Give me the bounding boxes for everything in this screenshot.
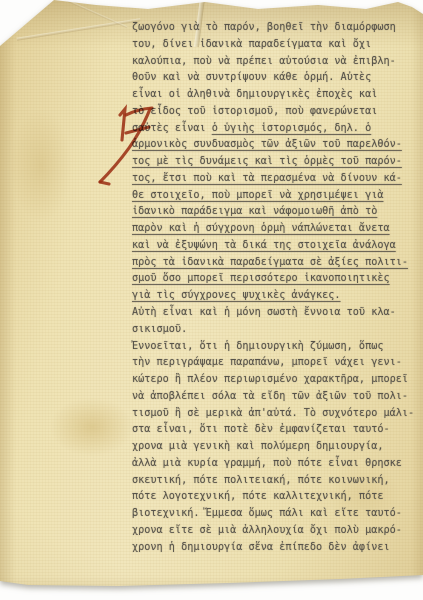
text-line: γιὰ τὶς σύγχρονες ψυχικὲς ἀνάγκες.	[132, 288, 422, 305]
text-line: θοῦν καὶ νὰ συντρίψουν κάθε ὁρμή. Αὐτὲς	[132, 70, 422, 87]
text-line: στα εἶναι, ὅτι ποτὲ δὲν ἐμφανίζεται ταυτ…	[132, 422, 422, 439]
text-line: χρονη ἡ δημιουργία σἕνα ἐπίπεδο δὲν ἀφίν…	[132, 540, 422, 557]
text-line: καὶ νὰ ἐξυψώνη τὰ δικά της στοιχεῖα ἀνάλ…	[132, 238, 422, 255]
text-column: ζωογόνο γιὰ τὸ παρόν, βοηθεῖ τὴν διαμόρφ…	[132, 20, 422, 557]
document-scan: ζωογόνο γιὰ τὸ παρόν, βοηθεῖ τὴν διαμόρφ…	[0, 0, 423, 600]
text-line: πρὸς τὰ ἰδανικὰ παραδείγματα σὲ ἀξίες πο…	[132, 255, 422, 272]
text-line: σκευτική, πότε πολιτειακή, πότε κοινωνικ…	[132, 473, 422, 490]
text-line: βιοτεχνική. Ἔμμεσα ὅμως πάλι καὶ εἴτε τα…	[132, 506, 422, 523]
text-line: Αὐτὴ εἶναι καὶ ἡ μόνη σωστὴ ἔννοια τοῦ κ…	[132, 305, 422, 322]
text-line: κώτερο ἢ πλέον περιωρισμένο χαρακτῆρα, μ…	[132, 372, 422, 389]
paper-shadow: ζωογόνο γιὰ τὸ παρόν, βοηθεῖ τὴν διαμόρφ…	[0, 0, 423, 600]
paper-stain	[50, 398, 134, 456]
text-line: χρονα μιὰ γενικὴ καὶ πολύμερη δημιουργία…	[132, 439, 422, 456]
text-line: χρονα εἴτε σὲ μιὰ ἀλληλουχία ὄχι πολὺ μα…	[132, 523, 422, 540]
text-line: ἁρμονικὸς συνδυασμὸς τῶν ἀξιῶν τοῦ παρελ…	[132, 137, 422, 154]
text-line: θε στοιχεῖο, ποὺ μπορεῖ νὰ χρησιμέψει γι…	[132, 188, 422, 205]
text-line: τισμοῦ ἢ σὲ μερικὰ ἀπ'αὐτά. Τὸ συχνότερο…	[132, 406, 422, 423]
text-line: τὸ εἶδος τοῦ ἱστορισμοῦ, ποὺ φανερώνεται	[132, 104, 422, 121]
text-line: σικισμοῦ.	[132, 322, 422, 339]
text-line: Ἐννοεῖται, ὅτι ἡ δημιουργικὴ ζύμωση, ὅπω…	[132, 339, 422, 356]
text-line: ἀλλὰ μιὰ κυρία γραμμή, ποὺ πότε εἶναι θρ…	[132, 456, 422, 473]
text-line: παρὸν καὶ ἡ σύγχρονη ὁρμὴ νάπλώνεται ἄνε…	[132, 221, 422, 238]
paper-stain	[10, 108, 72, 223]
text-line: τος, ἔτσι ποὺ καὶ τὰ περασμένα νὰ δίνουν…	[132, 171, 422, 188]
text-line: πότε λογοτεχνική, πότε καλλιτεχνική, πότ…	[132, 489, 422, 506]
text-line: σαὐτὲς εἶναι ὁ ὑγιὴς ἱστορισμός, δηλ. ὁ	[132, 121, 422, 138]
text-line: σμοῦ ὅσο μπορεῖ περισσότερο ἱκανοποιητικ…	[132, 271, 422, 288]
paper: ζωογόνο γιὰ τὸ παρόν, βοηθεῖ τὴν διαμόρφ…	[0, 0, 423, 600]
red-pencil-stroke-tail-hook	[100, 182, 109, 184]
text-line: νὰ ἀποβλέπει σόλα τὰ εἴδη τῶν ἀξιῶν τοῦ …	[132, 389, 422, 406]
red-pencil-margin-mark	[92, 102, 172, 194]
text-line: τος μὲ τὶς δυνάμεις καὶ τὶς ὁρμὲς τοῦ πα…	[132, 154, 422, 171]
text-line: ζωογόνο γιὰ τὸ παρόν, βοηθεῖ τὴν διαμόρφ…	[132, 20, 422, 37]
text-line: τὴν περιγράψαμε παραπάνω, μπορεῖ νάχει γ…	[132, 355, 422, 372]
text-line: εἶναι οἱ ἀληθινὰ δημιουργικὲς ἐποχὲς καὶ	[132, 87, 422, 104]
red-pencil-stroke-one	[120, 109, 125, 140]
text-line: καλούπια, ποὺ νὰ πρέπει αὐτούσια νὰ ἐπιβ…	[132, 54, 422, 71]
text-line: του, δίνει ἰδανικὰ παραδείγματα καὶ ὄχι	[132, 37, 422, 54]
text-line: ἰδανικὸ παράδειγμα καὶ νάφομοιωθῆ ἀπὸ τὸ	[132, 204, 422, 221]
